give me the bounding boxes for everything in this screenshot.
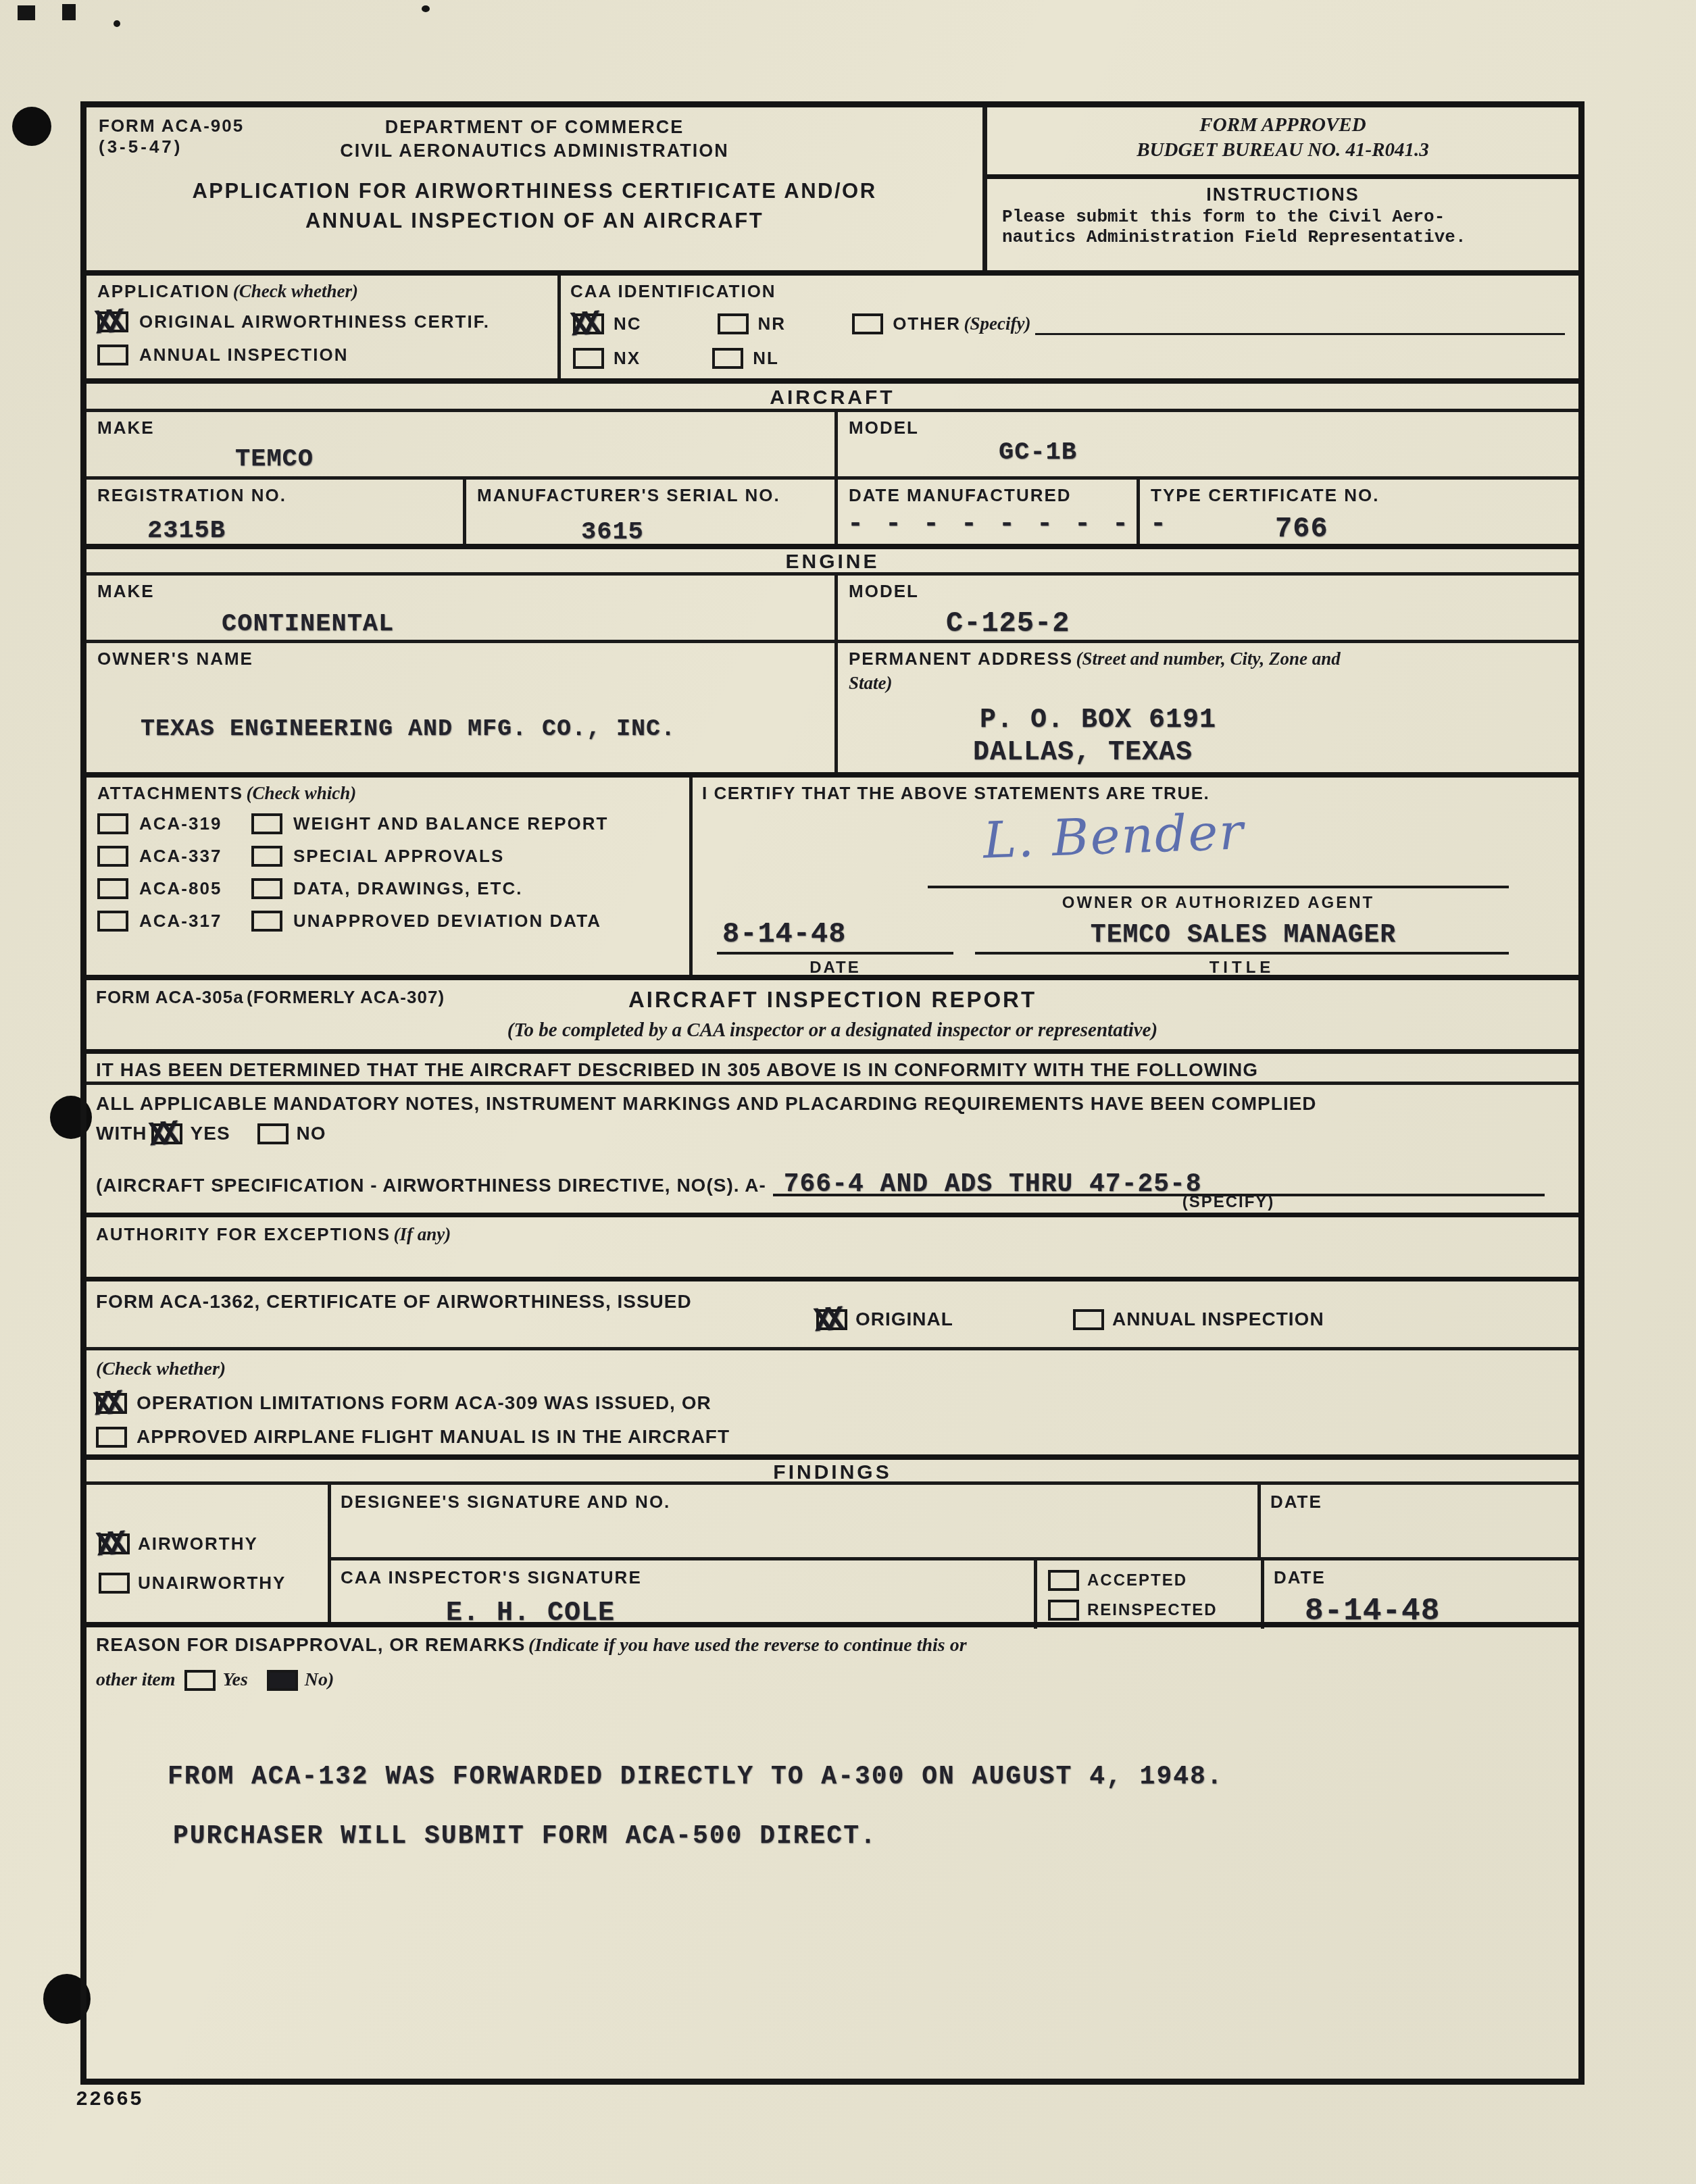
inspection-report-subtitle: (To be completed by a CAA inspector or a… [86, 1019, 1578, 1042]
determination-text: IT HAS BEEN DETERMINED THAT THE AIRCRAFT… [96, 1059, 1258, 1081]
date-manufactured-label: DATE MANUFACTURED [849, 485, 1072, 506]
registration-label: REGISTRATION NO. [97, 485, 286, 506]
authority-label: AUTHORITY FOR EXCEPTIONS [96, 1224, 391, 1244]
nx-checkbox[interactable] [573, 348, 604, 369]
reverse-no-checkbox[interactable] [267, 1670, 298, 1691]
unairworthy-label: UNAIRWORTHY [138, 1573, 286, 1594]
certify-statement: I CERTIFY THAT THE ABOVE STATEMENTS ARE … [702, 783, 1209, 804]
date-manufactured-value[interactable]: - - - - - - - - - [847, 509, 1169, 540]
issued-annual-checkbox[interactable] [1073, 1309, 1104, 1330]
certify-date-line [717, 952, 953, 955]
attachments-label: ATTACHMENTS [97, 783, 243, 803]
inspector-signature-cell: CAA INSPECTOR'S SIGNATURE E. H. COLE [331, 1560, 1034, 1629]
spec-label: (AIRCRAFT SPECIFICATION - AIRWORTHINESS … [96, 1175, 766, 1196]
original-airworthiness-label: ORIGINAL AIRWORTHINESS CERTIF. [139, 311, 490, 332]
aca-805-checkbox[interactable] [97, 878, 128, 899]
nl-checkbox[interactable] [712, 348, 743, 369]
owner-signature[interactable]: L. Bender [982, 803, 1245, 869]
reinspected-label: REINSPECTED [1087, 1601, 1218, 1620]
date-manufactured-cell: DATE MANUFACTURED - - - - - - - - - [838, 480, 1140, 544]
address-note-line1: (Street and number, City, Zone and [1076, 649, 1341, 669]
compliance-yes-label: YES [191, 1123, 230, 1144]
special-approvals-checkbox[interactable] [251, 846, 282, 867]
nx-label: NX [614, 348, 641, 369]
accepted-label: ACCEPTED [1087, 1571, 1187, 1590]
authority-row: AUTHORITY FOR EXCEPTIONS (If any) [86, 1213, 1578, 1277]
signature-line [928, 886, 1509, 888]
designee-date-cell: DATE [1261, 1485, 1578, 1557]
disapproval-label: REASON FOR DISAPPROVAL, OR REMARKS [96, 1634, 526, 1655]
certify-title-value[interactable]: TEMCO SALES MANAGER [976, 921, 1510, 950]
compliance-line1: ALL APPLICABLE MANDATORY NOTES, INSTRUME… [96, 1093, 1317, 1115]
form-title-line1: APPLICATION FOR AIRWORTHINESS CERTIFICAT… [86, 179, 982, 203]
designee-row: DESIGNEE'S SIGNATURE AND NO. DATE [331, 1485, 1578, 1557]
owner-value[interactable]: TEXAS ENGINEERING AND MFG. CO., INC. [141, 715, 676, 742]
compliance-prefix: WITH [96, 1123, 147, 1144]
budget-approval: FORM APPROVED BUDGET BUREAU NO. 41-R041.… [987, 107, 1578, 179]
designee-signature-cell: DESIGNEE'S SIGNATURE AND NO. [331, 1485, 1261, 1557]
nl-label: NL [753, 348, 779, 369]
engine-make-value[interactable]: CONTINENTAL [222, 610, 394, 638]
serial-value[interactable]: 3615 [581, 518, 644, 547]
annual-inspection-checkbox[interactable] [97, 345, 128, 365]
reverse-yes-checkbox[interactable] [184, 1670, 216, 1691]
punch-hole [12, 107, 51, 146]
type-certificate-cell: TYPE CERTIFICATE NO. 766 [1140, 480, 1578, 544]
aca-337-label: ACA-337 [139, 846, 241, 867]
type-certificate-label: TYPE CERTIFICATE NO. [1151, 485, 1380, 506]
data-drawings-checkbox[interactable] [251, 878, 282, 899]
weight-balance-checkbox[interactable] [251, 813, 282, 834]
disapproval-note-line1: (Indicate if you have used the reverse t… [528, 1635, 967, 1656]
scan-speck [114, 20, 120, 27]
certificate-issued-label: FORM ACA-1362, CERTIFICATE OF AIRWORTHIN… [96, 1291, 692, 1313]
serial-label: MANUFACTURER'S SERIAL NO. [477, 485, 780, 506]
findings-section-header: FINDINGS [86, 1454, 1578, 1481]
flight-manual-checkbox[interactable] [96, 1427, 127, 1448]
airworthy-checkbox[interactable] [99, 1533, 130, 1554]
compliance-no-label: NO [297, 1123, 326, 1144]
other-checkbox[interactable] [852, 313, 883, 334]
document-serial-number: 22665 [76, 2089, 143, 2112]
remark-line1: FROM ACA-132 WAS FORWARDED DIRECTLY TO A… [168, 1762, 1224, 1792]
certify-title-line [975, 952, 1509, 955]
address-note-line2: State) [849, 673, 893, 694]
header-right-box: FORM APPROVED BUDGET BUREAU NO. 41-R041.… [982, 107, 1578, 270]
issued-original-label: ORIGINAL [855, 1309, 953, 1330]
aca-317-label: ACA-317 [139, 911, 241, 932]
form-title-line2: ANNUAL INSPECTION OF AN AIRCRAFT [86, 209, 982, 233]
other-specify-field[interactable] [1035, 313, 1565, 335]
aircraft-id-row: REGISTRATION NO. 2315B MANUFACTURER'S SE… [86, 476, 1578, 544]
compliance-row: ALL APPLICABLE MANDATORY NOTES, INSTRUME… [86, 1082, 1578, 1213]
aircraft-model-label: MODEL [849, 417, 919, 438]
specify-caption: (SPECIFY) [1127, 1193, 1330, 1212]
weight-balance-label: WEIGHT AND BALANCE REPORT [293, 813, 608, 834]
owner-row: OWNER'S NAME TEXAS ENGINEERING AND MFG. … [86, 640, 1578, 772]
acceptance-cell: ACCEPTED REINSPECTED [1034, 1560, 1261, 1629]
aircraft-make-value[interactable]: TEMCO [235, 445, 314, 474]
certification-cell: I CERTIFY THAT THE ABOVE STATEMENTS ARE … [693, 778, 1578, 975]
certify-date-value[interactable]: 8-14-48 [722, 918, 846, 950]
compliance-no-checkbox[interactable] [257, 1123, 289, 1144]
reverse-no-label: No) [305, 1669, 334, 1691]
accepted-checkbox[interactable] [1048, 1570, 1079, 1591]
engine-model-label: MODEL [849, 581, 919, 602]
application-label: APPLICATION [97, 281, 230, 301]
scan-speck [18, 5, 35, 20]
airworthiness-verdict-cell: AIRWORTHY UNAIRWORTHY [86, 1485, 331, 1622]
nr-label: NR [758, 313, 787, 334]
aircraft-make-row: MAKE TEMCO MODEL GC-1B [86, 409, 1578, 476]
reverse-yes-label: Yes [222, 1669, 247, 1691]
other-label: OTHER (Specify) [893, 313, 1030, 334]
aircraft-make-label: MAKE [97, 417, 155, 438]
inspector-row: CAA INSPECTOR'S SIGNATURE E. H. COLE ACC… [331, 1557, 1578, 1629]
original-airworthiness-checkbox[interactable] [97, 311, 128, 332]
nc-label: NC [614, 313, 642, 334]
aca-805-label: ACA-805 [139, 878, 241, 899]
form-revision: (3-5-47) [99, 136, 244, 157]
inspection-form-ref: FORM ACA-305a (FORMERLY ACA-307) [96, 987, 445, 1008]
instructions-line2: nautics Administration Field Representat… [1002, 227, 1564, 247]
application-cell: APPLICATION (Check whether) ORIGINAL AIR… [86, 276, 561, 378]
instructions-title: INSTRUCTIONS [1002, 184, 1564, 205]
engine-model-cell: MODEL C-125-2 [838, 576, 1578, 640]
operation-limitations-label: OPERATION LIMITATIONS FORM ACA-309 WAS I… [136, 1392, 712, 1414]
address-cell: PERMANENT ADDRESS (Street and number, Ci… [838, 643, 1578, 772]
designee-date-label: DATE [1270, 1492, 1322, 1513]
approved-line2: BUDGET BUREAU NO. 41-R041.3 [987, 139, 1578, 161]
aca-337-checkbox[interactable] [97, 846, 128, 867]
determination-row: IT HAS BEEN DETERMINED THAT THE AIRCRAFT… [86, 1049, 1578, 1082]
signature-caption: OWNER OR AUTHORIZED AGENT [928, 894, 1509, 913]
check-whether-row: (Check whether) OPERATION LIMITATIONS FO… [86, 1347, 1578, 1454]
type-certificate-value[interactable]: 766 [1275, 513, 1328, 545]
instructions-block: INSTRUCTIONS Please submit this form to … [987, 179, 1578, 247]
spec-field[interactable]: 766-4 AND ADS THRU 47-25-8 [773, 1165, 1545, 1196]
attachments-note: (Check which) [246, 783, 356, 803]
compliance-yes-checkbox[interactable] [151, 1123, 182, 1144]
address-value-line2[interactable]: DALLAS, TEXAS [973, 738, 1193, 768]
engine-model-value[interactable]: C-125-2 [946, 607, 1070, 640]
engine-make-row: MAKE CONTINENTAL MODEL C-125-2 [86, 572, 1578, 640]
authority-note: (If any) [394, 1224, 451, 1244]
unairworthy-checkbox[interactable] [99, 1573, 130, 1594]
instructions-line1: Please submit this form to the Civil Aer… [1002, 207, 1564, 227]
serial-cell: MANUFACTURER'S SERIAL NO. 3615 [466, 480, 838, 544]
aca-317-checkbox[interactable] [97, 911, 128, 932]
caa-identification-label: CAA IDENTIFICATION [570, 281, 1565, 302]
address-value-line1[interactable]: P. O. BOX 6191 [980, 705, 1216, 736]
scanned-form-page: FORM ACA-905 (3-5-47) DEPARTMENT OF COMM… [0, 0, 1696, 2184]
inspector-date-cell: DATE 8-14-48 [1261, 1560, 1578, 1629]
certificate-issued-row: FORM ACA-1362, CERTIFICATE OF AIRWORTHIN… [86, 1277, 1578, 1347]
registration-value[interactable]: 2315B [147, 517, 226, 545]
application-note: (Check whether) [233, 281, 358, 301]
aircraft-section-header: AIRCRAFT [86, 378, 1578, 409]
owner-label: OWNER'S NAME [97, 649, 253, 669]
form-header: FORM ACA-905 (3-5-47) DEPARTMENT OF COMM… [86, 107, 1578, 270]
inspection-report-header: FORM ACA-305a (FORMERLY ACA-307) AIRCRAF… [86, 975, 1578, 1049]
attachments-cell: ATTACHMENTS (Check which) ACA-319 WEIGHT… [86, 778, 693, 975]
unapproved-deviation-label: UNAPPROVED DEVIATION DATA [293, 911, 601, 932]
unapproved-deviation-checkbox[interactable] [251, 911, 282, 932]
application-form: FORM ACA-905 (3-5-47) DEPARTMENT OF COMM… [80, 101, 1585, 2085]
other-note: (Specify) [964, 313, 1031, 334]
header-left: FORM ACA-905 (3-5-47) DEPARTMENT OF COMM… [86, 107, 982, 270]
attachments-row: ATTACHMENTS (Check which) ACA-319 WEIGHT… [86, 772, 1578, 975]
registration-cell: REGISTRATION NO. 2315B [86, 480, 466, 544]
form-number: FORM ACA-905 [99, 116, 244, 136]
remark-line2: PURCHASER WILL SUBMIT FORM ACA-500 DIREC… [173, 1822, 877, 1851]
designee-signature-label: DESIGNEE'S SIGNATURE AND NO. [341, 1492, 670, 1513]
inspector-signature-label: CAA INSPECTOR'S SIGNATURE [341, 1567, 642, 1588]
aircraft-model-cell: MODEL GC-1B [838, 412, 1578, 476]
flight-manual-label: APPROVED AIRPLANE FLIGHT MANUAL IS IN TH… [136, 1426, 730, 1448]
operation-limitations-checkbox[interactable] [96, 1393, 127, 1414]
annual-inspection-label: ANNUAL INSPECTION [139, 345, 348, 365]
data-drawings-label: DATA, DRAWINGS, ETC. [293, 878, 522, 899]
aircraft-model-value[interactable]: GC-1B [999, 438, 1077, 467]
aca-319-checkbox[interactable] [97, 813, 128, 834]
address-label: PERMANENT ADDRESS [849, 649, 1073, 669]
reinspected-checkbox[interactable] [1048, 1600, 1079, 1621]
caa-identification-cell: CAA IDENTIFICATION NC NR OTHER (Specify) [561, 276, 1578, 378]
engine-section-header: ENGINE [86, 544, 1578, 572]
engine-make-label: MAKE [97, 581, 155, 602]
aca-319-label: ACA-319 [139, 813, 241, 834]
scan-speck [422, 5, 430, 12]
engine-make-cell: MAKE CONTINENTAL [86, 576, 838, 640]
issued-original-checkbox[interactable] [816, 1309, 847, 1330]
special-approvals-label: SPECIAL APPROVALS [293, 846, 504, 867]
nr-checkbox[interactable] [718, 313, 749, 334]
findings-table: AIRWORTHY UNAIRWORTHY DESIGNEE'S SIGNATU… [86, 1481, 1578, 1622]
aircraft-make-cell: MAKE TEMCO [86, 412, 838, 476]
check-whether-label: (Check whether) [96, 1358, 226, 1380]
inspector-date-label: DATE [1274, 1567, 1326, 1588]
airworthy-label: AIRWORTHY [138, 1533, 258, 1554]
issued-annual-label: ANNUAL INSPECTION [1112, 1309, 1324, 1330]
nc-checkbox[interactable] [573, 313, 604, 334]
remarks-section: REASON FOR DISAPPROVAL, OR REMARKS (Indi… [86, 1622, 1578, 2079]
owner-cell: OWNER'S NAME TEXAS ENGINEERING AND MFG. … [86, 643, 838, 772]
approved-line1: FORM APPROVED [987, 114, 1578, 136]
disapproval-note-line2: other item [96, 1669, 175, 1691]
scan-speck [62, 4, 76, 20]
application-row: APPLICATION (Check whether) ORIGINAL AIR… [86, 270, 1578, 378]
